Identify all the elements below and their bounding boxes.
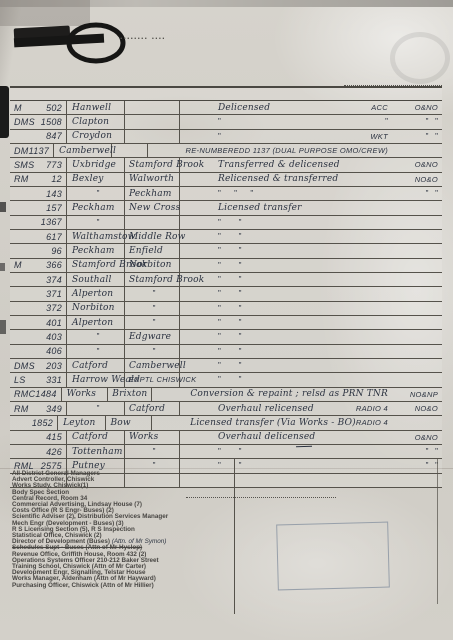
reason-cell: Licensed transfer [180,201,442,214]
vehicle-cell: 96 [10,244,67,257]
table-rows: M502HanwellDelicensedACCO&NODMS1508Clapt… [10,101,442,488]
vehicle-number: 415 [46,432,62,442]
to-cell: Edgware [125,330,180,343]
signature-rule [186,496,336,498]
from-cell: Works [62,388,109,401]
reason-value: " " [218,375,241,384]
from-value: Clapton [72,117,109,127]
table-row: 1367"" " [10,216,442,230]
from-cell: " [67,330,125,343]
column-rule [234,458,235,614]
vehicle-number: 1367 [41,217,62,227]
vehicle-cell: 1852 [10,416,58,429]
table-row: 1852LeytonBowLicensed transfer (Via Work… [10,416,442,430]
reason-note: ACC [371,103,388,112]
vehicle-cell: DM1137 [10,144,54,157]
table-row: LS331Harrow WealdEXPTL CHISWICK" " [10,373,442,387]
to-cell [125,115,180,128]
from-value: Camberwell [59,146,116,156]
to-cell: Stamford Brook [125,158,180,171]
from-cell: Croydon [67,130,125,143]
reason-value: Overhaul delicensed [218,432,315,442]
from-cell: Tottenham [67,445,125,458]
vehicle-number: 96 [51,246,62,256]
reason-cell: Overhaul delicensedO&NO [180,431,442,444]
vehicle-number: 502 [46,103,62,113]
to-cell: " [125,445,180,458]
from-cell: " [67,216,125,229]
to-cell: Walworth [125,173,180,186]
reason-cell: Conversion & repaint ; relsd as PRN TNRN… [152,388,442,401]
vehicle-cell: DMS203 [10,359,67,372]
from-cell: Alperton [67,287,125,300]
to-value: New Cross [129,203,180,213]
from-cell: Peckham [67,244,125,257]
reason-cell: " " [180,330,442,343]
reason-note: " [385,117,388,126]
to-cell [125,216,180,229]
to-cell [125,130,180,143]
vehicle-number: 773 [46,160,62,170]
from-cell: Southall [67,273,125,286]
to-cell: New Cross [125,201,180,214]
reason-value: " " [218,289,241,298]
vehicle-number: 401 [46,318,62,328]
reason-code: O&NO [404,433,438,442]
reason-cell: " " [180,359,442,372]
to-value: " [153,289,156,298]
from-value: " [97,347,100,356]
vehicle-cell: 372 [10,302,67,315]
vehicle-cell: 617 [10,230,67,243]
to-cell: Norbiton [125,259,180,272]
to-value: Catford [129,404,165,414]
reason-cell: Overhaul relicensedRADIO 4NO&O [180,402,442,415]
london-transport-roundel-icon [10,16,134,66]
from-value: Norbiton [72,303,115,313]
form-title: ........ .... [120,27,166,42]
reason-cell: Licensed transfer (Via Works - BO)RADIO … [152,416,442,429]
reason-value: " " [218,246,241,255]
table-row: SMS773UxbridgeStamford BrookTransferred … [10,158,442,172]
dotted-rule: .... [152,31,166,41]
vehicle-prefix: M [14,260,22,270]
to-value: Bow [110,418,130,428]
reason-value: " " [218,261,241,270]
to-value: Edgware [129,332,171,342]
reason-value: Transferred & delicensed [218,160,340,170]
vehicle-cell: 1367 [10,216,67,229]
reason-code: " " [404,189,438,198]
reason-value: " " " [218,189,253,198]
from-value: Southall [72,275,112,285]
vehicle-cell: DMS1508 [10,115,67,128]
vehicle-number: 1484 [35,389,56,399]
addressee-line [10,60,24,73]
dotted-rule: .... [120,31,134,41]
reason-value: " " [218,447,241,456]
reason-code: O&NO [404,160,438,169]
reason-code: O&NO [404,103,438,112]
from-cell: Uxbridge [67,158,125,171]
from-value: Peckham [72,203,115,213]
reason-code: NO&NP [404,390,438,399]
to-value: Brixton [112,389,147,399]
vehicle-prefix: DMS [14,361,35,371]
from-value: " [97,332,100,341]
to-value: Peckham [129,189,172,199]
table-header-row [10,88,442,101]
from-cell: Walthamstow [67,230,125,243]
to-cell: Brixton [108,388,152,401]
reason-cell: " " [180,216,442,229]
reason-value: " " [218,304,241,313]
to-value: " [153,304,156,313]
to-value: Walworth [129,174,174,184]
from-cell: Alperton [67,316,125,329]
vehicle-number: 349 [46,404,62,414]
from-value: Works [67,389,96,399]
to-value: Norbiton [129,260,172,270]
vehicle-number: 617 [46,232,62,242]
from-value: Leyton [63,418,95,428]
vehicle-number: 372 [46,303,62,313]
vehicle-cell: LS331 [10,373,67,386]
table-row: 617WalthamstowMiddle Row" " [10,230,442,244]
to-value: " [153,447,156,456]
from-cell: " [67,187,125,200]
vehicle-cell: 406 [10,345,67,358]
to-cell: " [125,287,180,300]
vehicle-prefix: RMC [14,389,35,399]
vehicle-cell: M502 [10,101,67,114]
table-row: RM12BexleyWalworthRelicensed & transferr… [10,173,442,187]
to-cell: Peckham [125,187,180,200]
reason-cell: " " [180,373,442,386]
vehicle-cell: 143 [10,187,67,200]
vehicle-prefix: DMS [14,117,35,127]
vehicle-number: 406 [46,346,62,356]
from-value: Croydon [72,131,112,141]
scan-artifact [0,202,6,212]
table-row: 847Croydon"WKT" " [10,130,442,144]
reason-cell: RE-NUMBEREDD 1137 (DUAL PURPOSE OMO/CREW… [148,144,442,157]
to-value: Enfield [129,246,163,256]
vehicle-cell: 401 [10,316,67,329]
vehicle-number: 157 [46,203,62,213]
table-row: 426Tottenham"" "" " [10,445,442,459]
date-line [344,70,348,83]
vehicle-prefix: RM [14,404,29,414]
from-value: Catford [72,432,108,442]
reason-value: Overhaul relicensed [218,404,314,414]
vehicle-number: 426 [46,447,62,457]
from-value: Tottenham [72,447,123,457]
vehicle-cell: 374 [10,273,67,286]
vehicle-cell: 157 [10,201,67,214]
vehicle-number: 331 [46,375,62,385]
distribution-text: Purchasing Officer, Chiswick (Attn of Mr… [12,582,154,589]
vehicle-cell: 847 [10,130,67,143]
to-cell: Catford [125,402,180,415]
table-row: 401Alperton"" " [10,316,442,330]
from-value: " [97,404,100,413]
table-row: DMS203CatfordCamberwell" " [10,359,442,373]
received-stamp [276,522,390,591]
from-value: Bexley [72,174,104,184]
vehicle-number: 403 [46,332,62,342]
from-value: " [97,218,100,227]
vehicle-cell: RMC1484 [10,388,62,401]
vehicle-number: 847 [46,131,62,141]
from-cell: Catford [67,359,125,372]
reason-value: " " [218,347,241,356]
from-cell: Norbiton [67,302,125,315]
reason-cell: " "" " [180,445,442,458]
scan-artifact [0,86,9,138]
to-value: " [153,347,156,356]
reason-note: D 1137 (DUAL PURPOSE OMO/CREW) [245,146,388,155]
reason-cell: " " [180,345,442,358]
reason-code: " " [404,132,438,141]
reason-cell: Relicensed & transferredNO&O [180,173,442,186]
reason-value: Conversion & repaint ; relsd as PRN TNR [190,389,388,399]
table-row: RM349"CatfordOverhaul relicensedRADIO 4N… [10,402,442,416]
reason-cell: "WKT" " [180,130,442,143]
vehicle-cell: 426 [10,445,67,458]
vehicle-number: 1852 [32,418,53,428]
reason-value: " " [218,275,241,284]
reason-cell: " " [180,316,442,329]
reason-cell: " " [180,244,442,257]
vehicle-prefix: M [14,103,22,113]
vehicle-number: 1137 [29,146,50,156]
reason-note: RADIO 4 [356,404,388,413]
table-row: DM1137CamberwellRE-NUMBEREDD 1137 (DUAL … [10,144,442,158]
to-value: Camberwell [129,361,186,371]
vehicle-cell: RM12 [10,173,67,186]
reason-code: " " [404,117,438,126]
vehicle-number: 143 [46,189,62,199]
to-cell [112,144,147,157]
reason-value: " " [218,361,241,370]
from-cell: Bexley [67,173,125,186]
to-cell: " [125,302,180,315]
to-cell: Camberwell [125,359,180,372]
scanned-form-page: ........ .... M502HanwellDelicensedACCO&… [0,0,453,640]
table-row: 406""" " [10,345,442,359]
vehicle-cell: 371 [10,287,67,300]
from-cell: Catford [67,431,125,444]
reason-value: " [218,132,221,141]
to-cell: Bow [106,416,152,429]
from-cell: Hanwell [67,101,125,114]
to-cell: " [125,316,180,329]
vehicle-cell: 415 [10,431,67,444]
reason-value: RE-NUMBERED [186,146,245,155]
from-value: Peckham [72,246,115,256]
to-value: Middle Row [129,232,186,242]
from-cell: Camberwell [54,144,112,157]
vehicle-number: 1508 [41,117,62,127]
reason-value: " " [218,218,241,227]
from-value: Catford [72,361,108,371]
reason-value: Licensed transfer [218,203,302,213]
table-row: 96PeckhamEnfield" " [10,244,442,258]
reason-code: " " [404,461,438,470]
reason-value: " [218,117,221,126]
distribution-item: Purchasing Officer, Chiswick (Attn of Mr… [12,583,230,589]
vehicle-cell: SMS773 [10,158,67,171]
to-cell: Middle Row [125,230,180,243]
vehicle-cell: 403 [10,330,67,343]
vehicle-prefix: LS [14,375,26,385]
table-row: 374SouthallStamford Brook" " [10,273,442,287]
from-cell: Peckham [67,201,125,214]
column-rule [437,458,438,604]
reason-cell: " " [180,302,442,315]
table-row: DMS1508Clapton""" " [10,115,442,129]
scan-artifact [0,263,5,271]
table-row: 415CatfordWorksOverhaul delicensedO&NO [10,431,442,445]
reason-cell: " " [180,273,442,286]
table-row: 372Norbiton"" " [10,302,442,316]
to-cell: " [125,345,180,358]
reason-code: " " [404,447,438,456]
to-cell [125,101,180,114]
reason-value: " " [218,232,241,241]
vehicle-number: 371 [46,289,62,299]
vehicle-cell: RM349 [10,402,67,415]
reason-cell: " " [180,287,442,300]
to-cell: EXPTL CHISWICK [125,373,180,386]
reason-cell: Transferred & delicensedO&NO [180,158,442,171]
vehicle-number: 374 [46,275,62,285]
from-cell: Clapton [67,115,125,128]
reason-value: " " [218,318,241,327]
reason-value: " " [218,332,241,341]
reason-cell: " " [180,259,442,272]
to-cell: Stamford Brook [125,273,180,286]
vehicle-number: 366 [46,260,62,270]
to-value: " [153,318,156,327]
from-value: Alperton [72,318,113,328]
from-cell: " [67,345,125,358]
reason-cell: DelicensedACCO&NO [180,101,442,114]
reason-value: Delicensed [218,103,270,113]
reason-cell: """ " [180,115,442,128]
vehicle-prefix: DM [14,146,29,156]
vehicle-prefix: SMS [14,160,34,170]
table-row: 143"Peckham" " "" " [10,187,442,201]
from-value: Hanwell [72,103,111,113]
table-row: RMC1484WorksBrixtonConversion & repaint … [10,388,442,402]
reason-value: " " [218,461,241,470]
to-cell: Enfield [125,244,180,257]
table-row: 403"Edgware" " [10,330,442,344]
reason-code: NO&O [404,175,438,184]
reason-value: Licensed transfer (Via Works - BO) [190,418,356,428]
stamp-line [277,531,387,534]
bleed-through-roundel [390,32,450,84]
from-value: " [97,189,100,198]
vehicle-prefix: RM [14,174,29,184]
reason-note: RADIO 4 [356,418,388,427]
reason-code: NO&O [404,404,438,413]
vehicle-cell: M366 [10,259,67,272]
to-value: Works [129,432,158,442]
variations-table: M502HanwellDelicensedACCO&NODMS1508Clapt… [10,86,442,488]
reason-note: WKT [370,132,388,141]
from-cell: Leyton [58,416,106,429]
reason-cell: " " "" " [180,187,442,200]
table-row: M366Stamford BrookNorbiton" " [10,259,442,273]
reason-cell: " " [180,230,442,243]
to-value: " [153,461,156,470]
reason-value: Relicensed & transferred [218,174,338,184]
from-cell: " [67,402,125,415]
to-cell: Works [125,431,180,444]
distribution-list: All District General ManagersAdvert Cont… [12,470,230,589]
table-row: 157PeckhamNew CrossLicensed transfer [10,201,442,215]
from-cell: Harrow Weald [67,373,125,386]
vehicle-number: 12 [51,174,62,184]
from-cell: Stamford Brook [67,259,125,272]
from-value: Alperton [72,289,113,299]
from-value: Uxbridge [72,160,116,170]
table-row: M502HanwellDelicensedACCO&NO [10,101,442,115]
distribution-items: All District General ManagersAdvert Cont… [12,471,230,589]
table-row: 371Alperton"" " [10,287,442,301]
vehicle-number: 203 [46,361,62,371]
scan-artifact [0,320,6,334]
dotted-rule: .... [134,31,148,41]
